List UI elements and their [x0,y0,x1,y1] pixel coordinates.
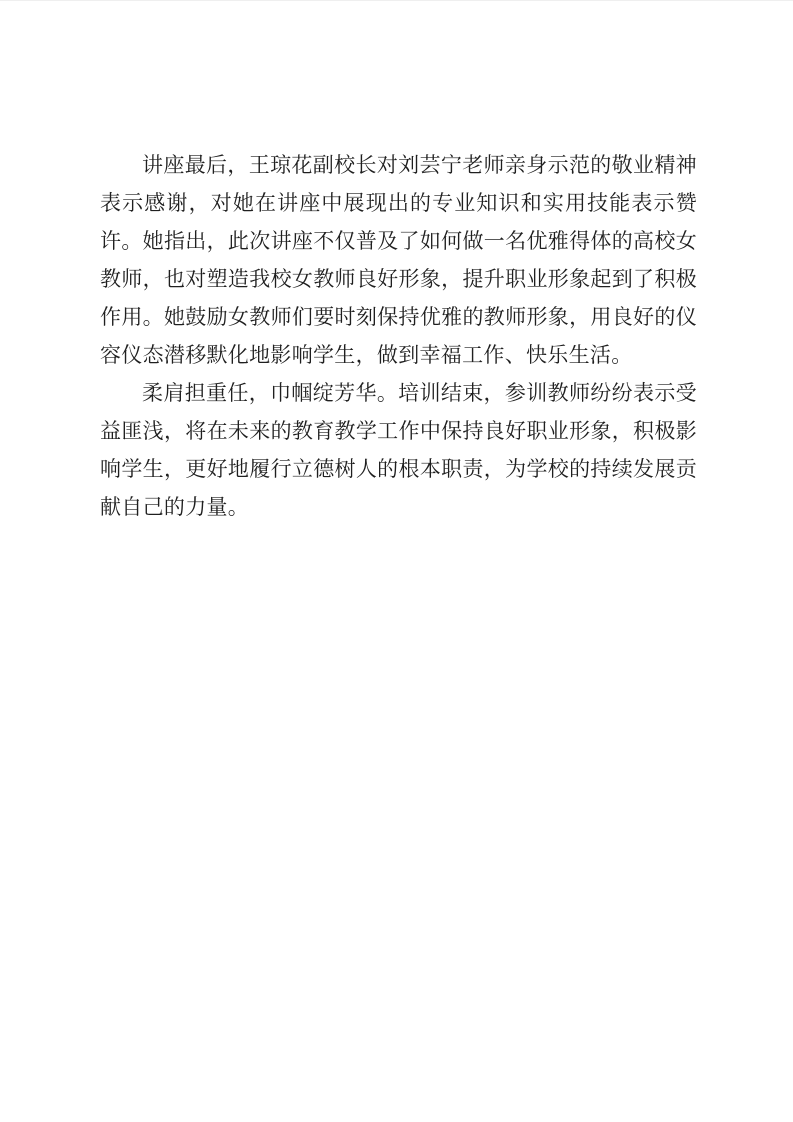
document-page: 讲座最后，王琼花副校长对刘芸宁老师亲身示范的敬业精神表示感谢，对她在讲座中展现出… [0,0,793,1122]
body-paragraph-1: 讲座最后，王琼花副校长对刘芸宁老师亲身示范的敬业精神表示感谢，对她在讲座中展现出… [100,146,697,374]
body-paragraph-2: 柔肩担重任，巾帼绽芳华。培训结束，参训教师纷纷表示受益匪浅，将在未来的教育教学工… [100,374,697,526]
document-body: 讲座最后，王琼花副校长对刘芸宁老师亲身示范的敬业精神表示感谢，对她在讲座中展现出… [100,146,697,526]
